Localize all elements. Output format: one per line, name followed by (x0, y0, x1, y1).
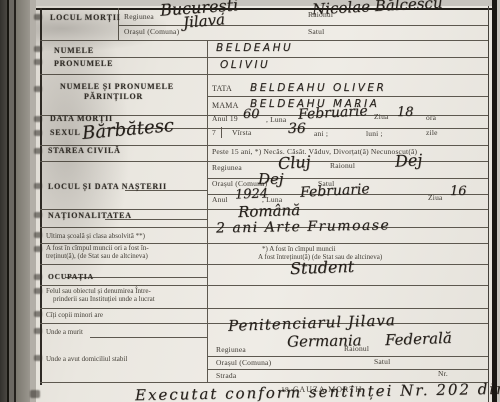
value-scoala: 2 ani Arte Frumoase (216, 217, 391, 236)
label-orasul-domiciliu: Orașul (Comuna) (216, 358, 271, 367)
field-label-intretinere-line1: A fost în cîmpul muncii ori a fost în- (46, 244, 149, 252)
label-anul-nasterii: Anul (212, 195, 228, 204)
label-regiunea-mortii: Regiunea (124, 12, 154, 21)
label-strada: Strada (216, 371, 236, 380)
column-divider (207, 40, 208, 383)
label-satul-domiciliu: Satul (374, 357, 390, 366)
field-label-ocupatia: OCUPAȚIA (48, 272, 94, 281)
label-ora-mortii: ora (426, 113, 436, 122)
label-luna-mortii: , Luna (266, 115, 286, 124)
form-left-border (40, 8, 42, 385)
tick (221, 127, 222, 138)
value-pronumele: OLIVIU (220, 59, 270, 71)
value-regiunea-domiciliu: Germania (287, 331, 362, 350)
label-zile: zile (426, 128, 438, 137)
field-label-starea-civila: STAREA CIVILĂ (48, 146, 121, 155)
label-satul-mortii: Satul (308, 27, 324, 36)
label-ziua-nasterii: Ziua (428, 193, 443, 202)
label-regiunea-domiciliu: Regiunea (216, 345, 246, 354)
label-regiunea-nasterii: Regiunea (212, 163, 242, 172)
label-virsta: Vîrsta (232, 128, 252, 137)
field-label-loc-munca-line1: Felul sau obiectul și denumirea Între- (46, 287, 151, 295)
field-label-nationalitatea: NAȚIONALITATEA (48, 211, 132, 220)
value-nationalitatea: Română (238, 201, 301, 221)
value-raionul-nasterii: Dej (395, 150, 423, 170)
label-anul-mortii: Anul 19 (212, 114, 238, 123)
rule (207, 356, 488, 357)
field-label-numele: NUMELE (54, 46, 94, 55)
field-label-parinti-line1: NUMELE ȘI PRONUMELE (60, 82, 174, 91)
scan-edge-band (16, 0, 30, 402)
label-raionul-nasterii: Raionul (330, 161, 355, 170)
field-label-scoala: Ultima școală și clasa absolvită **) (46, 232, 145, 240)
field-label-locul-mortii: LOCUL MORȚII (50, 13, 121, 22)
label-stare-civila-options: Peste 15 ani, *) Necăs. Căsăt. Văduv, Di… (212, 147, 417, 156)
scan-edge-band (0, 0, 7, 402)
form-right-thin-border (488, 6, 489, 402)
label-ani: ani ; (314, 129, 328, 138)
form-right-border (492, 0, 497, 402)
value-tata: BELDEAHU OLIVER (250, 82, 386, 94)
rule (40, 264, 488, 265)
rule (60, 57, 488, 58)
value-orasul-mortii: Jilava (182, 10, 225, 32)
field-label-pronumele: PRONUMELE (54, 59, 113, 68)
value-ocupatia: Student (290, 257, 355, 278)
label-orasul-mortii: Orașul (Comuna) (124, 27, 179, 36)
value-virsta: 36 (288, 121, 306, 137)
value-anul-nasterii: 1924 (235, 186, 269, 202)
label-nr: Nr. (438, 369, 448, 378)
label-tata: TATA (212, 84, 232, 93)
value-ziua-mortii: 18 (397, 105, 414, 120)
scanned-death-record: LOCUL MORȚII NUMELE PRONUMELE NUMELE ȘI … (0, 0, 500, 402)
value-ziua-nasterii: 16 (450, 184, 467, 199)
label-mama: MAMA (212, 101, 239, 110)
field-label-locul-nasterii: LOCUL ȘI DATA NAȘTERII (48, 182, 167, 191)
rule (40, 308, 488, 309)
field-label-sexul: SEXUL (50, 128, 81, 137)
row-number-virsta: 7 (212, 128, 216, 137)
margin-number-smudge (30, 390, 40, 398)
label-luni: luni ; (366, 129, 383, 138)
rule (207, 96, 488, 97)
value-raionul-domiciliu: Federală (385, 329, 452, 349)
rule (90, 337, 207, 338)
field-label-intretinere-line2: treținut(ă), (de Stat sau de altcineva) (46, 252, 148, 260)
label-ziua-mortii: Ziua (374, 112, 389, 121)
field-label-unde-a-murit: Unde a murit (46, 328, 83, 336)
rule (40, 74, 488, 75)
note-cimpul-muncii-line1: *) A fost în cîmpul muncii (262, 245, 336, 253)
field-label-loc-munca-line2: prinderii sau Instituției unde a lucrat (53, 295, 155, 303)
rule (40, 40, 488, 41)
field-label-copii-minori: Cîți copii minori are (46, 311, 103, 319)
field-label-domiciliul: Unde a avut domiciliul stabil (46, 355, 127, 363)
value-orasul-nasterii: Dej (258, 170, 284, 188)
rule (118, 25, 488, 26)
field-label-parinti-line2: PĂRINȚILOR (84, 92, 143, 101)
value-anul-mortii: 60 (243, 107, 260, 122)
rule (40, 285, 488, 286)
value-numele: BELDEAHU (216, 42, 293, 54)
